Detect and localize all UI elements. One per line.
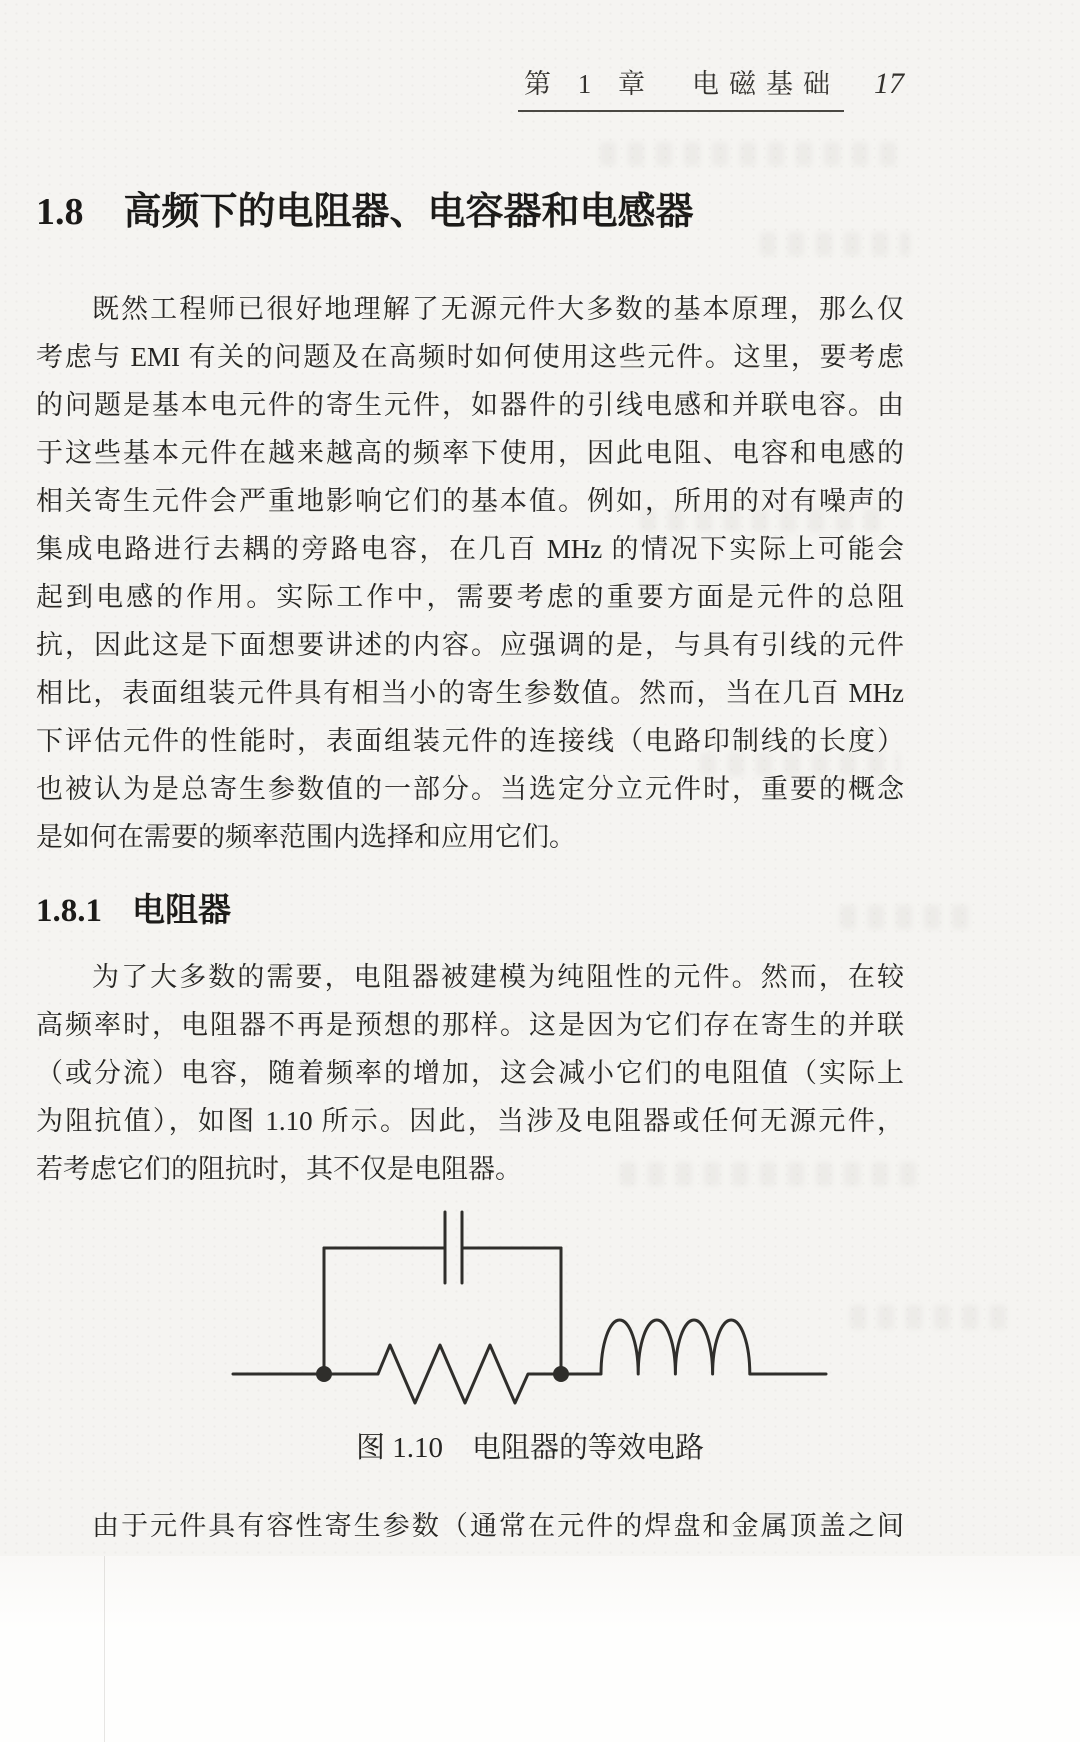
- capacitor-symbol: [445, 1212, 462, 1283]
- text-line: 既然工程师已很好地理解了无源元件大多数的基本原理，那么仅: [36, 285, 904, 333]
- page-bottom-margin: [0, 1556, 1080, 1742]
- text-line: 相比，表面组装元件具有相当小的寄生参数值。然而，当在几百 MHz: [36, 669, 904, 717]
- bleedthrough-smudge: [850, 1305, 1010, 1329]
- paragraph-continuation: 由于元件具有容性寄生参数（通常在元件的焊盘和金属顶盖之间: [36, 1502, 904, 1550]
- bleedthrough-smudge: [280, 1565, 760, 1589]
- resistor-symbol: [324, 1345, 561, 1403]
- figure-circuit-diagram: [200, 1200, 850, 1415]
- paragraph-resistors: 为了大多数的需要，电阻器被建模为纯阻性的元件。然而，在较高频率时，电阻器不再是预…: [36, 953, 904, 1193]
- text-line: 的问题是基本电元件的寄生元件，如器件的引线电感和并联电容。由: [36, 381, 904, 429]
- scanned-book-page: 第 1 章 电磁基础 17 1.8高频下的电阻器、电容器和电感器 既然工程师已很…: [0, 0, 1080, 1742]
- junction-dot-left: [316, 1366, 332, 1382]
- text-line: 下评估元件的性能时，表面组装元件的连接线（电路印制线的长度）: [36, 717, 904, 765]
- text-line: 若考虑它们的阻抗时，其不仅是电阻器。: [36, 1145, 904, 1193]
- text-line: 于这些基本元件在越来越高的频率下使用，因此电阻、电容和电感的: [36, 429, 904, 477]
- text-line: 起到电感的作用。实际工作中，需要考虑的重要方面是元件的总阻: [36, 573, 904, 621]
- subsection-title: 电阻器: [132, 890, 231, 929]
- scan-crease-line: [104, 1556, 105, 1742]
- text-line: 是如何在需要的频率范围内选择和应用它们。: [36, 813, 904, 861]
- page-number: 17: [874, 67, 904, 101]
- subsection-number: 1.8.1: [36, 893, 102, 929]
- bleedthrough-smudge: [660, 1605, 940, 1629]
- inductor-symbol: [561, 1320, 826, 1374]
- text-line: 抗，因此这是下面想要讲述的内容。应强调的是，与具有引线的元件: [36, 621, 904, 669]
- running-head: 第 1 章 电磁基础 17: [36, 62, 904, 112]
- figure-caption: 图 1.10 电阻器的等效电路: [194, 1430, 866, 1466]
- text-line: 为阻抗值），如图 1.10 所示。因此，当涉及电阻器或任何无源元件，: [36, 1097, 904, 1145]
- text-line: 高频率时，电阻器不再是预想的那样。这是因为它们存在寄生的并联: [36, 1001, 904, 1049]
- subsection-heading: 1.8.1电阻器: [36, 884, 904, 931]
- paragraph-intro: 既然工程师已很好地理解了无源元件大多数的基本原理，那么仅考虑与 EMI 有关的问…: [36, 285, 904, 861]
- section-heading: 1.8高频下的电阻器、电容器和电感器: [36, 180, 904, 235]
- text-line: 相关寄生元件会严重地影响它们的基本值。例如，所用的对有噪声的: [36, 477, 904, 525]
- text-line: 考虑与 EMI 有关的问题及在高频时如何使用这些元件。这里，要考虑: [36, 333, 904, 381]
- paper-texture: [0, 0, 1080, 1742]
- text-line: （或分流）电容，随着频率的增加，这会减小它们的电阻值（实际上: [36, 1049, 904, 1097]
- text-line: 也被认为是总寄生参数值的一部分。当选定分立元件时，重要的概念: [36, 765, 904, 813]
- junction-dot-right: [553, 1366, 569, 1382]
- chapter-title: 第 1 章 电磁基础: [518, 62, 844, 112]
- section-number: 1.8: [36, 191, 84, 233]
- text-line: 由于元件具有容性寄生参数（通常在元件的焊盘和金属顶盖之间: [36, 1502, 904, 1550]
- text-line: 集成电路进行去耦的旁路电容，在几百 MHz 的情况下实际上可能会: [36, 525, 904, 573]
- bleedthrough-smudge: [760, 232, 910, 256]
- bleedthrough-smudge: [600, 142, 900, 166]
- text-line: 为了大多数的需要，电阻器被建模为纯阻性的元件。然而，在较: [36, 953, 904, 1001]
- section-title: 高频下的电阻器、电容器和电感器: [124, 189, 694, 233]
